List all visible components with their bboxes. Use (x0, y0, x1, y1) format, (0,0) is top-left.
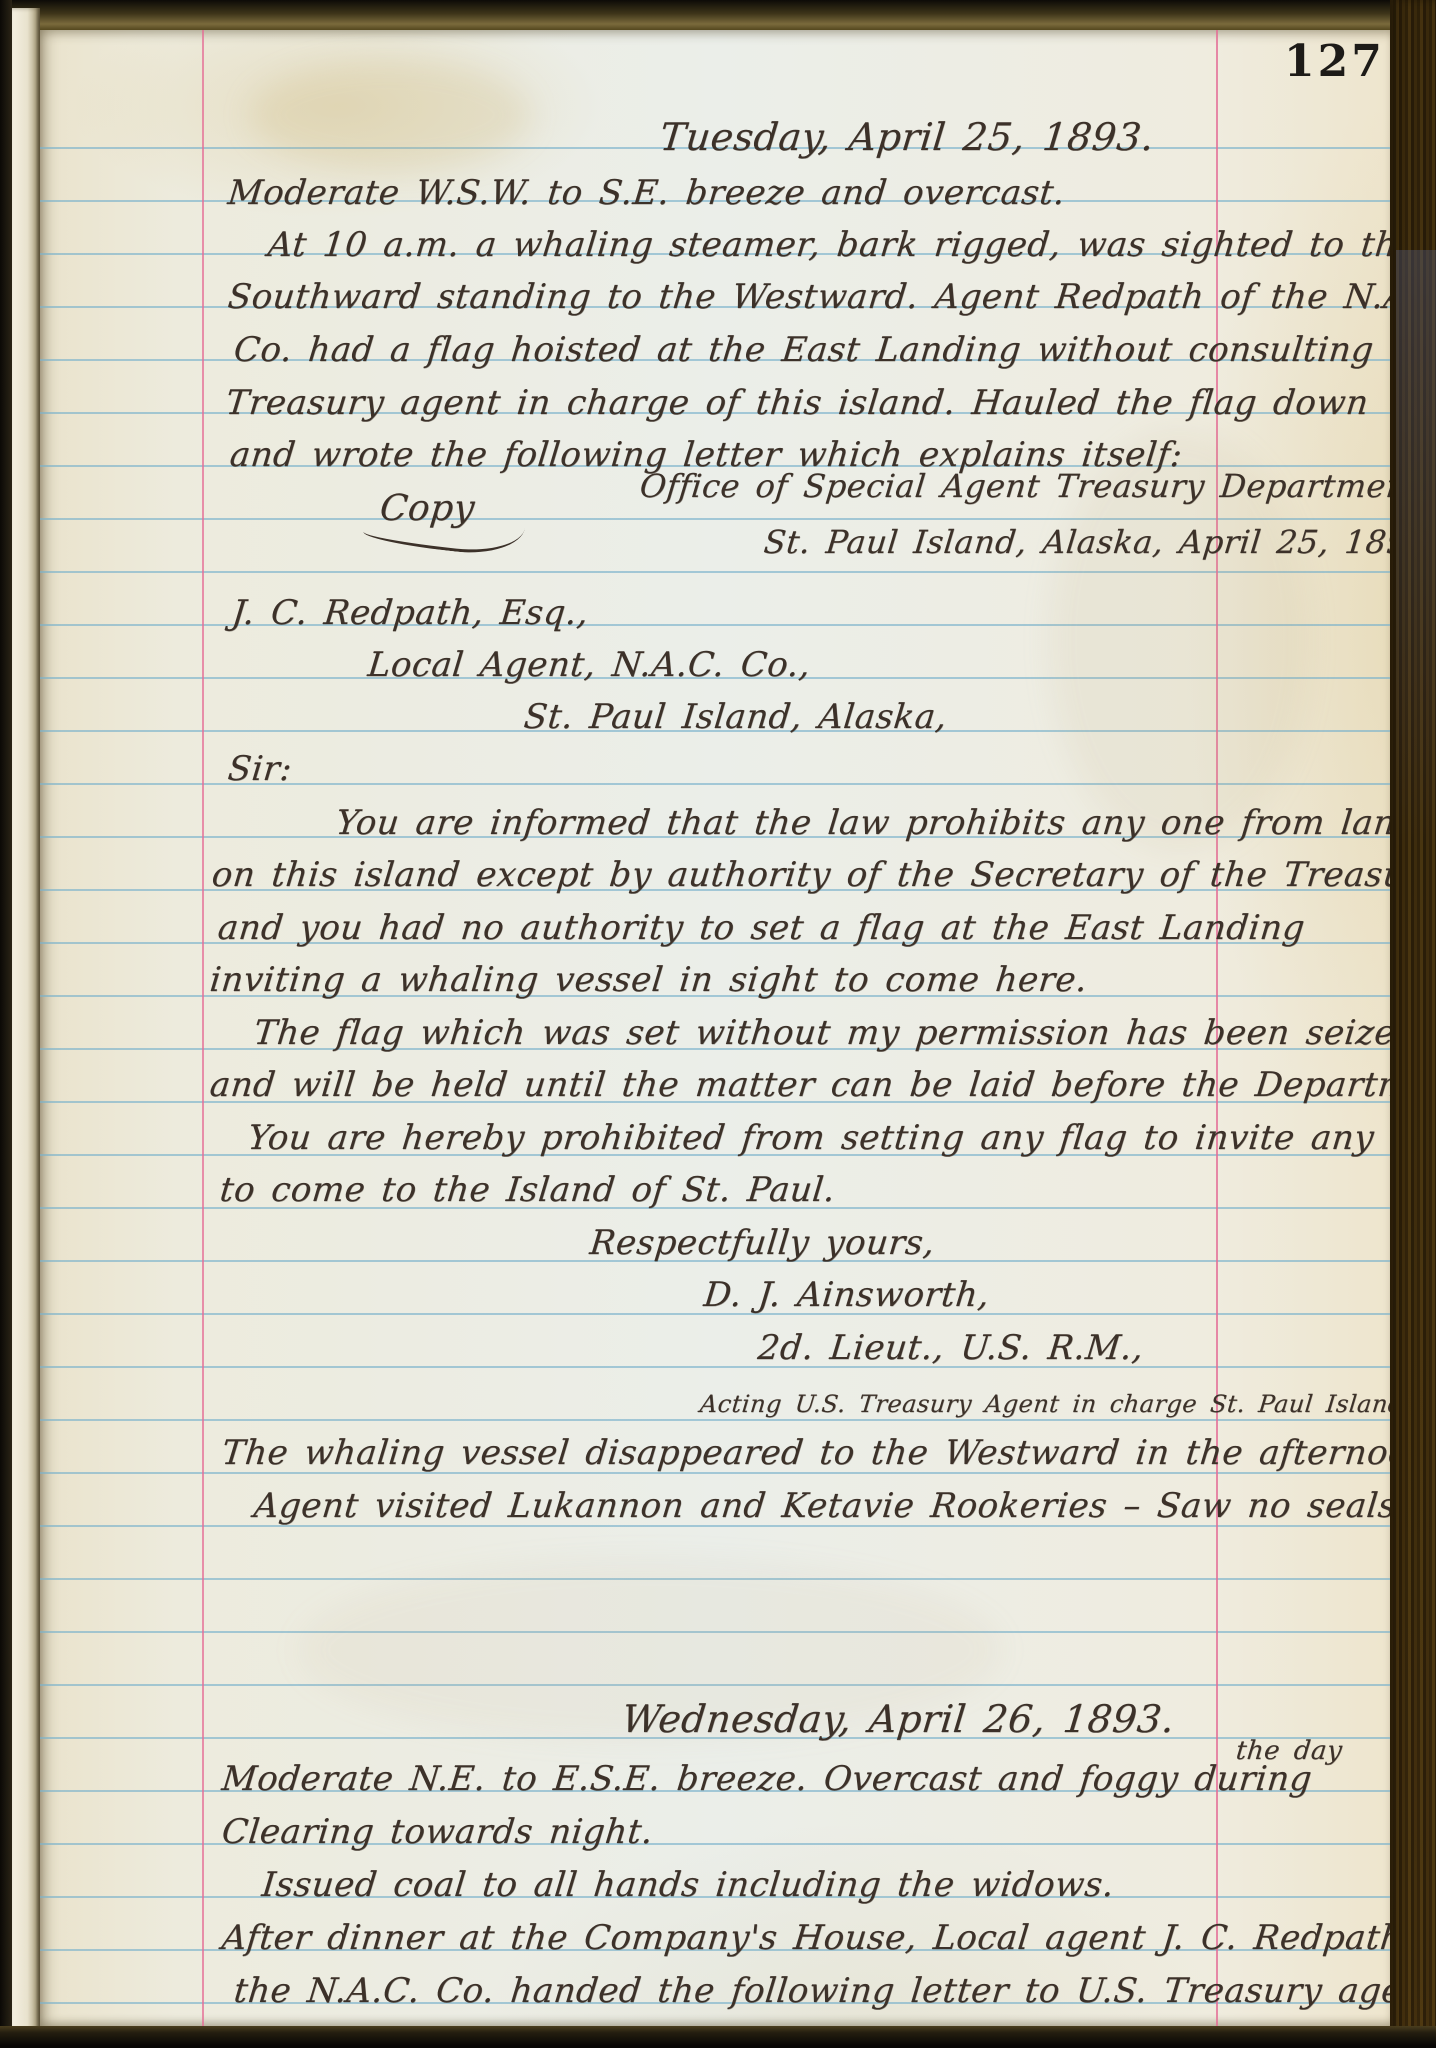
handwritten-line: You are hereby prohibited from setting a… (246, 1121, 1436, 1157)
book-binding-left (0, 0, 12, 2048)
handwritten-line: the N.A.C. Co. handed the following lett… (232, 1974, 1436, 2010)
handwritten-line: inviting a whaling vessel in sight to co… (208, 963, 1089, 999)
date-heading-april-25: Tuesday, April 25, 1893. (658, 118, 1156, 158)
addressee-line: J. C. Redpath, Esq., (230, 596, 590, 632)
book-frame-top (0, 0, 1436, 30)
handwritten-line: Southward standing to the Westward. Agen… (226, 280, 1436, 316)
handwritten-line: The flag which was set without my permis… (252, 1016, 1430, 1052)
handwritten-line: Co. had a flag hoisted at the East Landi… (232, 333, 1436, 369)
page-edge-tint (1396, 250, 1436, 850)
closing-line: Respectfully yours, (588, 1226, 936, 1262)
journal-photo: 127 Tuesday, April 25, 1893.Moderate W.S… (0, 0, 1436, 2048)
salutation: Sir: (226, 752, 294, 788)
date-heading-april-26: Wednesday, April 26, 1893. (620, 1700, 1177, 1740)
copy-label: Copy (378, 490, 477, 528)
weather-line: Moderate N.E. to E.S.E. breeze. Overcast… (220, 1762, 1314, 1798)
handwritten-line: to come to the Island of St. Paul. (218, 1173, 837, 1209)
underlying-page-edge (12, 8, 40, 2048)
handwritten-line: and will be held until the matter can be… (208, 1068, 1436, 1104)
handwritten-line: Treasury agent in charge of this island.… (224, 386, 1370, 422)
handwritten-line: Issued coal to all hands including the w… (260, 1868, 1116, 1904)
letterhead-line: St. Paul Island, Alaska, April 25, 1893. (762, 526, 1436, 560)
signature-title: Acting U.S. Treasury Agent in charge St.… (699, 1392, 1436, 1417)
weather-line: Clearing towards night. (220, 1815, 655, 1851)
addressee-line: St. Paul Island, Alaska, (522, 700, 949, 736)
handwritten-line: After dinner at the Company's House, Loc… (220, 1921, 1436, 1957)
handwritten-line: on this island except by authority of th… (210, 858, 1436, 894)
handwritten-line: and you had no authority to set a flag a… (216, 911, 1306, 947)
signature-title: 2d. Lieut., U.S. R.M., (756, 1331, 1145, 1367)
inserted-text: the day (1235, 1738, 1344, 1765)
handwritten-line: Agent visited Lukannon and Ketavie Rooke… (252, 1489, 1409, 1525)
addressee-line: Local Agent, N.A.C. Co., (366, 648, 812, 684)
signature: D. J. Ainsworth, (702, 1278, 991, 1314)
letterhead-line: Office of Special Agent Treasury Departm… (638, 470, 1433, 504)
handwritten-line: At 10 a.m. a whaling steamer, bark rigge… (266, 228, 1420, 264)
book-frame-bottom (0, 2026, 1436, 2048)
handwritten-line: The whaling vessel disappeared to the We… (220, 1436, 1436, 1472)
handwritten-line: You are informed that the law prohibits … (334, 806, 1436, 842)
weather-line: Moderate W.S.W. to S.E. breeze and overc… (226, 176, 1067, 212)
handwriting-layer: Tuesday, April 25, 1893.Moderate W.S.W. … (0, 0, 1436, 2048)
